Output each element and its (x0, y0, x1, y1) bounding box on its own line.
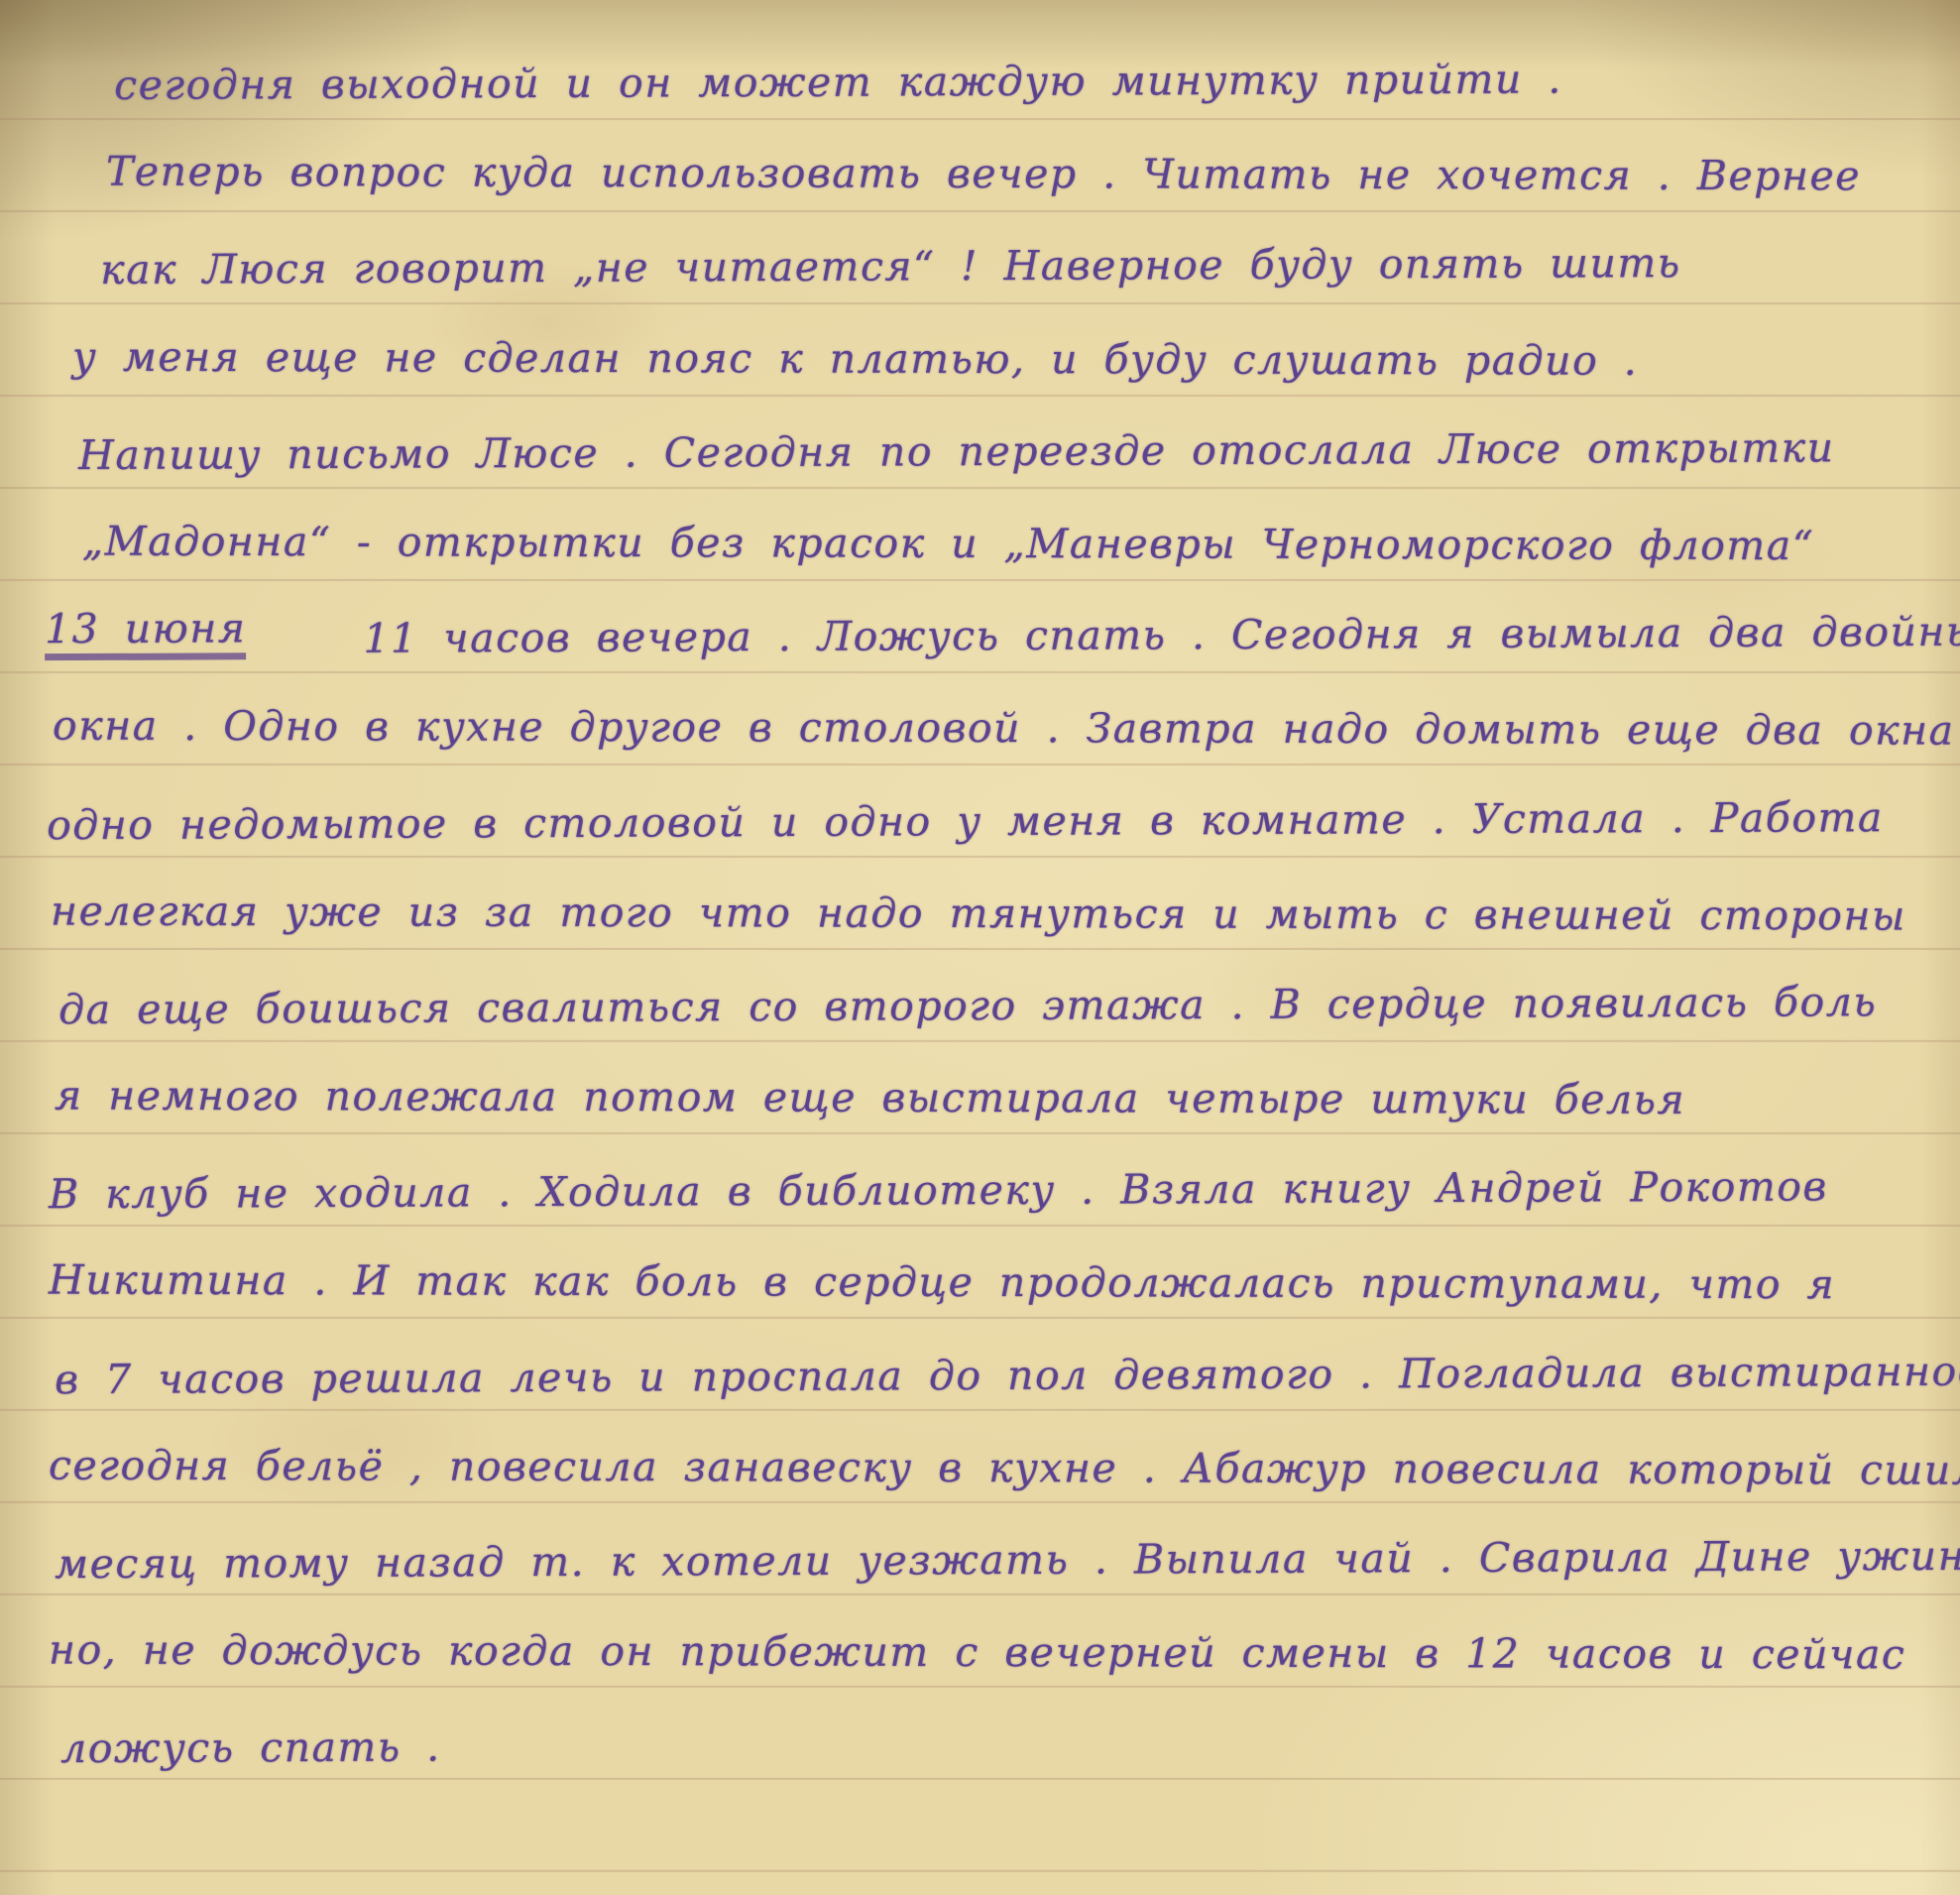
text-line: ложусь спать . (45, 1683, 1940, 1784)
text-line: сегодня бельё , повесила занавеску в кух… (45, 1407, 1940, 1504)
line-text: месяц тому назад т. к хотели уезжать . В… (55, 1536, 1960, 1585)
line-text: сегодня бельё , повесила занавеску в кух… (49, 1446, 1960, 1491)
text-line: Напишу письмо Люсе . Сегодня по переезде… (45, 390, 1940, 491)
text-line: Теперь вопрос куда использовать вечер . … (45, 114, 1940, 211)
line-text: как Люся говорит „не читается“ ! Наверно… (100, 244, 1681, 292)
line-text: но, не дождусь когда он прибежит с вечер… (49, 1630, 1905, 1676)
line-text: Теперь вопрос куда использовать вечер . … (106, 152, 1861, 197)
text-line: в 7 часов решила лечь и проспала до пол … (45, 1313, 1940, 1414)
text-line: как Люся говорит „не читается“ ! Наверно… (45, 204, 1940, 305)
diary-text: сегодня выходной и он может каждую минут… (0, 0, 1960, 1780)
line-text: нелегкая уже из за того что надо тянутьс… (51, 890, 1906, 936)
text-line: нелегкая уже из за того что надо тянутьс… (45, 853, 1940, 950)
text-line: но, не дождусь когда он прибежит с вечер… (45, 1593, 1940, 1690)
line-text: в 7 часов решила лечь и проспала до пол … (55, 1351, 1960, 1399)
line-text: у меня еще не сделан пояс к платью, и бу… (72, 336, 1638, 381)
line-text: я немного полежала потом еще выстирала ч… (55, 1076, 1685, 1121)
text-line: сегодня выходной и он может каждую минут… (45, 20, 1940, 121)
line-text: Никитина . И так как боль в сердце продо… (49, 1260, 1835, 1306)
line-text: окна . Одно в кухне другое в столовой . … (53, 706, 1955, 752)
entry-date-label: 13 июня (45, 609, 247, 661)
text-line: окна . Одно в кухне другое в столовой . … (45, 668, 1940, 766)
text-line: да еще боишься свалиться со второго этаж… (45, 944, 1940, 1045)
text-line: я немного полежала потом еще выстирала ч… (45, 1038, 1940, 1135)
text-line: „Мадонна“ - открытки без красок и „Манев… (45, 483, 1940, 580)
text-line: одно недомытое в столовой и одно у меня … (45, 759, 1940, 860)
text-line: у меня еще не сделан пояс к платью, и бу… (45, 298, 1940, 396)
line-text: Напишу письмо Люсе . Сегодня по переезде… (78, 427, 1835, 476)
line-text: „Мадонна“ - открытки без красок и „Манев… (82, 522, 1814, 567)
line-text: одно недомытое в столовой и одно у меня … (47, 797, 1884, 846)
diary-page: сегодня выходной и он может каждую минут… (0, 0, 1960, 1895)
line-text: сегодня выходной и он может каждую минут… (114, 59, 1562, 106)
text-line: 13 июня 11 часов вечера . Ложусь спать .… (45, 574, 1940, 675)
line-text: ложусь спать . (60, 1727, 441, 1770)
line-text: да еще боишься свалиться со второго этаж… (58, 982, 1877, 1030)
line-text: В клуб не ходила . Ходила в библиотеку .… (49, 1167, 1828, 1216)
text-line: месяц тому назад т. к хотели уезжать . В… (45, 1498, 1940, 1599)
text-line: В клуб не ходила . Ходила в библиотеку .… (45, 1128, 1940, 1230)
text-line: Никитина . И так как боль в сердце продо… (45, 1223, 1940, 1320)
line-text: 11 часов вечера . Ложусь спать . Сегодня… (363, 612, 1960, 659)
